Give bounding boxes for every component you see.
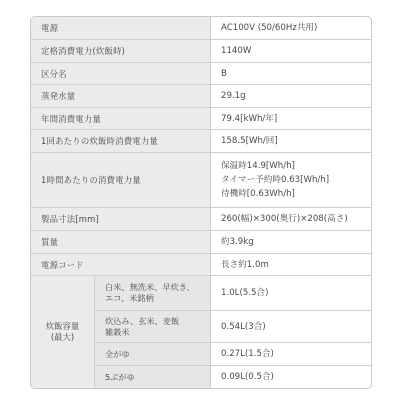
spec-row-category: 区分名 B <box>31 62 371 84</box>
spec-table: 電源 AC100V (50/60Hz共用) 定格消費電力(炊飯時) 1140W … <box>30 16 372 389</box>
spec-row-hourly-power: 1時間あたりの消費電力量 保温時14.9[Wh/h] タイマー予約時0.63[W… <box>31 152 371 207</box>
spec-value: 260(幅)×300(奥行)×208(高さ) <box>221 212 361 226</box>
sub-label-line2: 雑穀米 <box>105 327 200 338</box>
capacity-row-mixed-rice: 炊込み、玄米、麦飯 雑穀米 0.54L(3合) <box>95 310 371 342</box>
spec-label: 区分名 <box>31 63 211 84</box>
spec-label: 年間消費電力量 <box>31 108 211 129</box>
capacity-sub-label: 全がゆ <box>95 343 211 365</box>
spec-value-timer: タイマー予約時0.63[Wh/h] <box>221 173 361 187</box>
spec-label: 蒸発水量 <box>31 85 211 107</box>
spec-value: 158.5[Wh/回] <box>221 134 361 148</box>
spec-label: 定格消費電力(炊飯時) <box>31 40 211 62</box>
spec-row-evaporation: 蒸発水量 29.1g <box>31 84 371 107</box>
sub-label-line1: 5ぶがゆ <box>105 372 200 383</box>
spec-label: 1時間あたりの消費電力量 <box>31 153 211 207</box>
capacity-row-half-porridge: 5ぶがゆ 0.09L(0.5合) <box>95 365 371 388</box>
spec-value: AC100V (50/60Hz共用) <box>221 21 361 35</box>
capacity-label-line1: 炊飯容量 <box>46 321 80 332</box>
capacity-label-line2: (最大) <box>51 332 74 343</box>
spec-row-dimensions: 製品寸法[mm] 260(幅)×300(奥行)×208(高さ) <box>31 207 371 230</box>
spec-label: 電源コード <box>31 254 211 275</box>
sub-label-line1: 白米、無洗米、早炊き、 <box>105 282 200 293</box>
spec-row-weight: 質量 約3.9kg <box>31 230 371 253</box>
capacity-value: 0.09L(0.5合) <box>221 370 361 384</box>
spec-label: 質量 <box>31 231 211 253</box>
spec-row-power-source: 電源 AC100V (50/60Hz共用) <box>31 17 371 39</box>
spec-value: B <box>221 67 361 81</box>
spec-value: 29.1g <box>221 89 361 103</box>
sub-label-line1: 全がゆ <box>105 349 200 360</box>
sub-label-line1: 炊込み、玄米、麦飯 <box>105 316 200 327</box>
capacity-sub-label: 5ぶがゆ <box>95 366 211 388</box>
sub-label-line2: エコ、米銘柄 <box>105 293 200 304</box>
spec-label: 電源 <box>31 17 211 39</box>
capacity-value: 0.54L(3合) <box>221 320 361 334</box>
spec-row-rated-power: 定格消費電力(炊飯時) 1140W <box>31 39 371 62</box>
capacity-row-white-rice: 白米、無洗米、早炊き、 エコ、米銘柄 1.0L(5.5合) <box>95 276 371 310</box>
spec-label: 1回あたりの炊飯時消費電力量 <box>31 130 211 152</box>
capacity-value: 0.27L(1.5合) <box>221 347 361 361</box>
capacity-sub-label: 炊込み、玄米、麦飯 雑穀米 <box>95 311 211 342</box>
spec-row-per-cook-power: 1回あたりの炊飯時消費電力量 158.5[Wh/回] <box>31 129 371 152</box>
capacity-value: 1.0L(5.5合) <box>221 286 361 300</box>
spec-value-keep-warm: 保温時14.9[Wh/h] <box>221 159 361 173</box>
spec-row-power-cord: 電源コード 長さ約1.0m <box>31 253 371 275</box>
spec-value: 約3.9kg <box>221 235 361 249</box>
spec-value-standby: 待機時[0.63Wh/h] <box>221 187 361 201</box>
spec-value: 長さ約1.0m <box>221 258 361 272</box>
spec-label: 製品寸法[mm] <box>31 208 211 230</box>
spec-row-annual-power: 年間消費電力量 79.4[kWh/年] <box>31 107 371 129</box>
spec-group-capacity: 炊飯容量 (最大) 白米、無洗米、早炊き、 エコ、米銘柄 1.0L(5.5合) … <box>31 275 371 388</box>
spec-value: 1140W <box>221 44 361 58</box>
capacity-label: 炊飯容量 (最大) <box>31 276 95 388</box>
spec-value: 79.4[kWh/年] <box>221 112 361 126</box>
capacity-row-full-porridge: 全がゆ 0.27L(1.5合) <box>95 342 371 365</box>
capacity-sub-label: 白米、無洗米、早炊き、 エコ、米銘柄 <box>95 276 211 310</box>
